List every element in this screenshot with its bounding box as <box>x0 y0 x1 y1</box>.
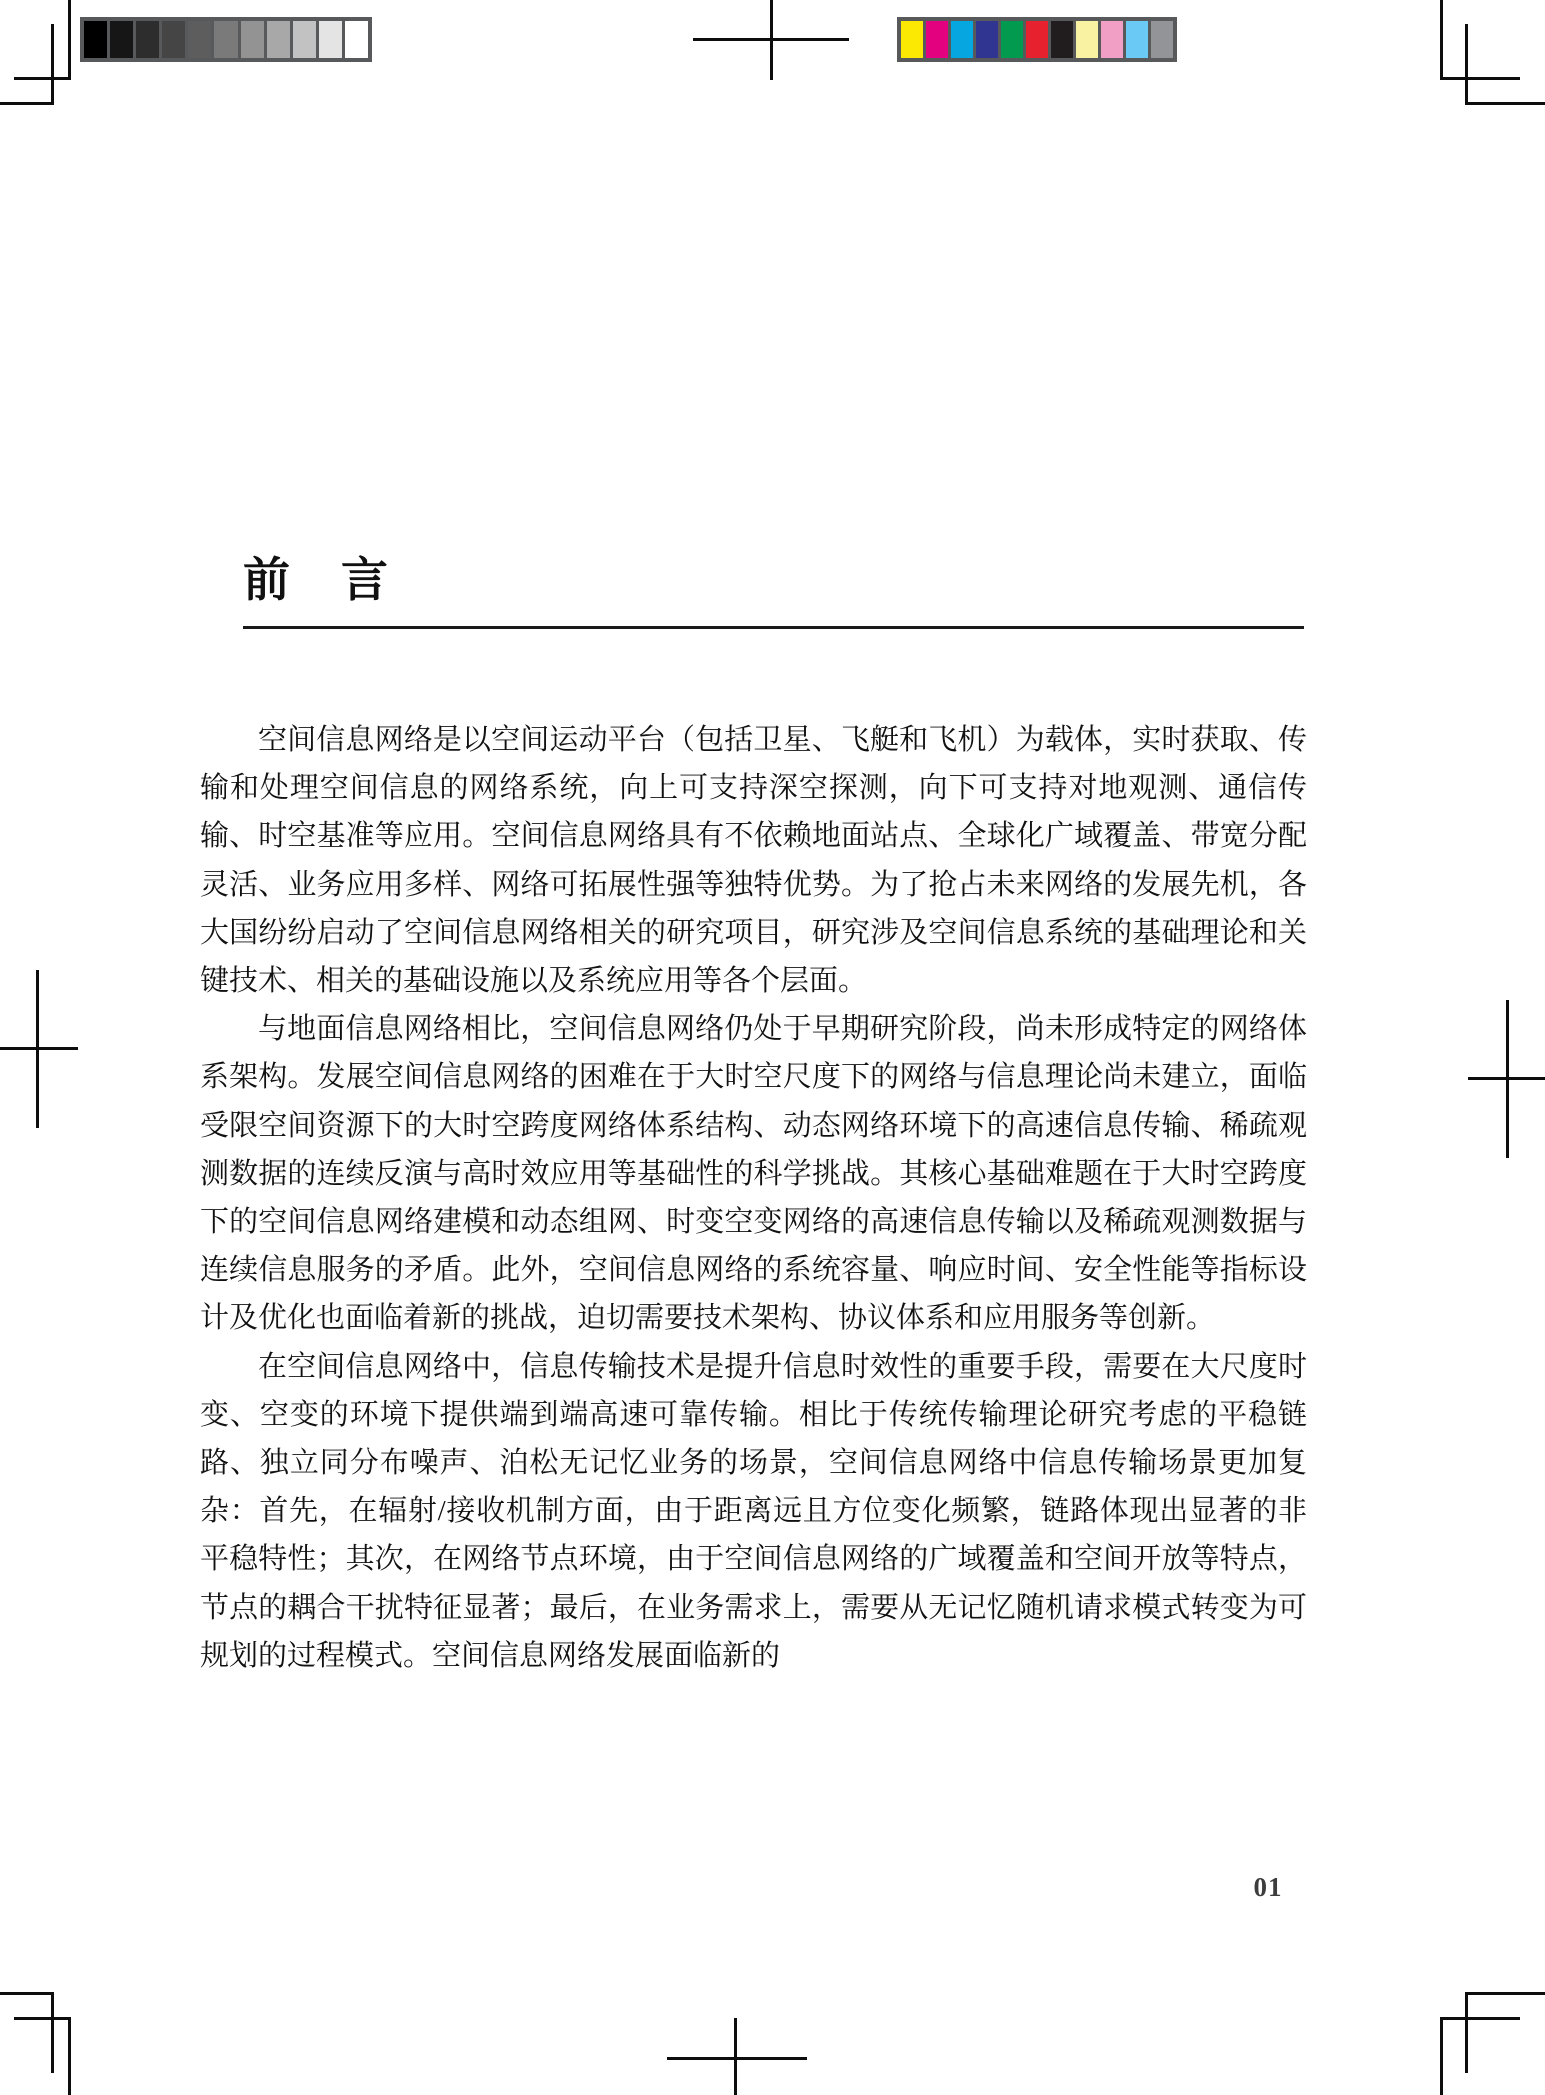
calibration-swatch <box>293 21 316 58</box>
crop-mark-top-right <box>1440 77 1520 80</box>
registration-cross-bottom-center <box>667 2057 807 2060</box>
grayscale-calibration-bar <box>80 17 372 62</box>
calibration-swatch <box>1051 21 1073 58</box>
crop-mark-bottom-right <box>1440 2017 1443 2095</box>
calibration-swatch <box>1076 21 1098 58</box>
crop-mark-bottom-right <box>1465 1992 1468 2073</box>
preface-body: 空间信息网络是以空间运动平台（包括卫星、飞艇和飞机）为载体，实时获取、传输和处理… <box>200 716 1307 1680</box>
crop-mark-top-left <box>51 24 54 104</box>
paragraph: 在空间信息网络中，信息传输技术是提升信息时效性的重要手段，需要在大尺度时变、空变… <box>200 1343 1307 1680</box>
calibration-swatch <box>110 21 133 58</box>
calibration-swatch <box>1101 21 1123 58</box>
calibration-swatch <box>976 21 998 58</box>
title-rule <box>243 626 1304 629</box>
color-calibration-bar <box>897 17 1177 62</box>
crop-mark-top-right <box>1440 0 1443 79</box>
calibration-swatch <box>901 21 923 58</box>
book-page: 前 言 空间信息网络是以空间运动平台（包括卫星、飞艇和飞机）为载体，实时获取、传… <box>0 0 1545 2095</box>
crop-mark-top-left <box>14 77 71 80</box>
calibration-swatch <box>84 21 107 58</box>
calibration-swatch <box>188 21 211 58</box>
calibration-swatch <box>319 21 342 58</box>
crop-mark-top-left <box>68 0 71 79</box>
registration-cross-top-center <box>693 38 849 41</box>
crop-mark-bottom-left <box>14 2017 71 2020</box>
crop-mark-top-left <box>0 102 54 105</box>
calibration-swatch <box>136 21 159 58</box>
calibration-swatch <box>926 21 948 58</box>
page-number: 01 <box>1233 1872 1303 1903</box>
calibration-swatch <box>951 21 973 58</box>
crop-mark-top-right <box>1465 24 1468 105</box>
calibration-swatch <box>1026 21 1048 58</box>
registration-cross-middle-right <box>1468 1077 1545 1080</box>
calibration-swatch <box>1126 21 1148 58</box>
crop-mark-bottom-right <box>1440 2017 1520 2020</box>
calibration-swatch <box>345 21 368 58</box>
calibration-swatch <box>1001 21 1023 58</box>
calibration-swatch <box>214 21 237 58</box>
crop-mark-bottom-left <box>68 2017 71 2095</box>
registration-cross-middle-left <box>0 1047 78 1050</box>
paragraph: 与地面信息网络相比，空间信息网络仍处于早期研究阶段，尚未形成特定的网络体系架构。… <box>200 1005 1307 1342</box>
crop-mark-bottom-left <box>51 1992 54 2073</box>
paragraph: 空间信息网络是以空间运动平台（包括卫星、飞艇和飞机）为载体，实时获取、传输和处理… <box>200 716 1307 1005</box>
crop-mark-top-right <box>1465 102 1545 105</box>
calibration-swatch <box>241 21 264 58</box>
calibration-swatch <box>1151 21 1173 58</box>
page-title: 前 言 <box>243 543 390 610</box>
calibration-swatch <box>162 21 185 58</box>
crop-mark-bottom-left <box>0 1992 54 1995</box>
crop-mark-bottom-right <box>1465 1992 1545 1995</box>
registration-cross-bottom-center <box>734 2018 737 2095</box>
calibration-swatch <box>267 21 290 58</box>
